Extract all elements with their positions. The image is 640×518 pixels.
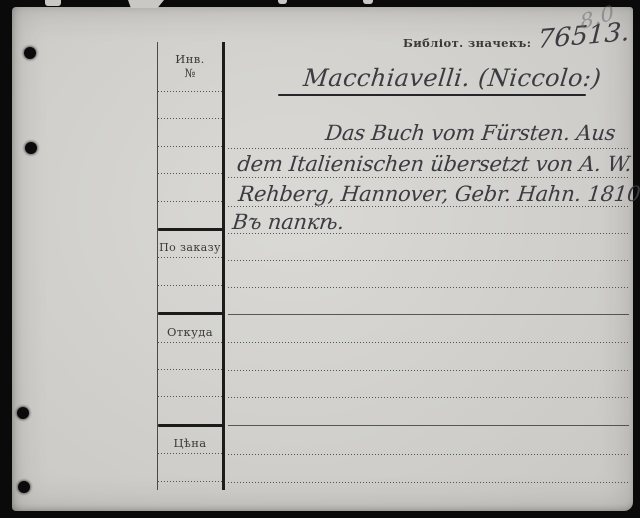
column-rule-left [157,42,158,490]
field-label-price: Цѣна [157,436,223,450]
rule-line [228,370,629,371]
scan-notch [278,0,287,4]
rule-line [228,314,629,315]
rule-line [228,342,629,343]
rule-line [158,453,222,454]
title-line: dem Italienischen übersetzt von A. W. [236,151,633,178]
author-heading: Macchiavelli. (Niccolo:) [302,64,603,92]
rule-line [158,228,223,231]
rule-line [158,91,222,92]
title-line: Rehberg, Hannover, Gebr. Hahn. 1810. 8º [237,181,640,208]
rule-line [158,369,222,370]
title-line: Въ папкѣ. [231,209,345,236]
field-label-inventory: Инв. [157,52,223,66]
rule-line [228,482,629,483]
rule-line [228,287,629,288]
heading-underline [278,94,586,96]
rule-line [158,118,222,119]
hole-punch [25,142,37,154]
rule-line [158,424,223,427]
rule-line [158,396,222,397]
scanned-catalog-card: Инв. № По заказу Откуда Цѣна Библіот. зн… [0,0,640,518]
rule-line [158,312,223,315]
column-rule-right [222,42,225,490]
rule-line [158,257,222,258]
rule-line [228,454,629,455]
rule-line [228,148,629,149]
hole-punch [24,47,36,59]
title-line: Das Buch vom Fürsten. Aus [324,120,617,147]
scan-notch [363,0,373,4]
field-label-origin: Откуда [157,325,223,339]
rule-line [158,201,222,202]
rule-line [158,285,222,286]
field-label-number: № [157,66,223,80]
rule-line [158,342,222,343]
rule-line [158,173,222,174]
rule-line [228,397,629,398]
library-mark-label: Библіот. значекъ: [403,36,531,50]
rule-line [228,425,629,426]
rule-line [158,146,222,147]
scan-notch [45,0,61,6]
rule-line [158,481,222,482]
field-label-by-order: По заказу [157,241,223,254]
hole-punch [18,481,30,493]
hole-punch [17,407,29,419]
rule-line [228,260,629,261]
